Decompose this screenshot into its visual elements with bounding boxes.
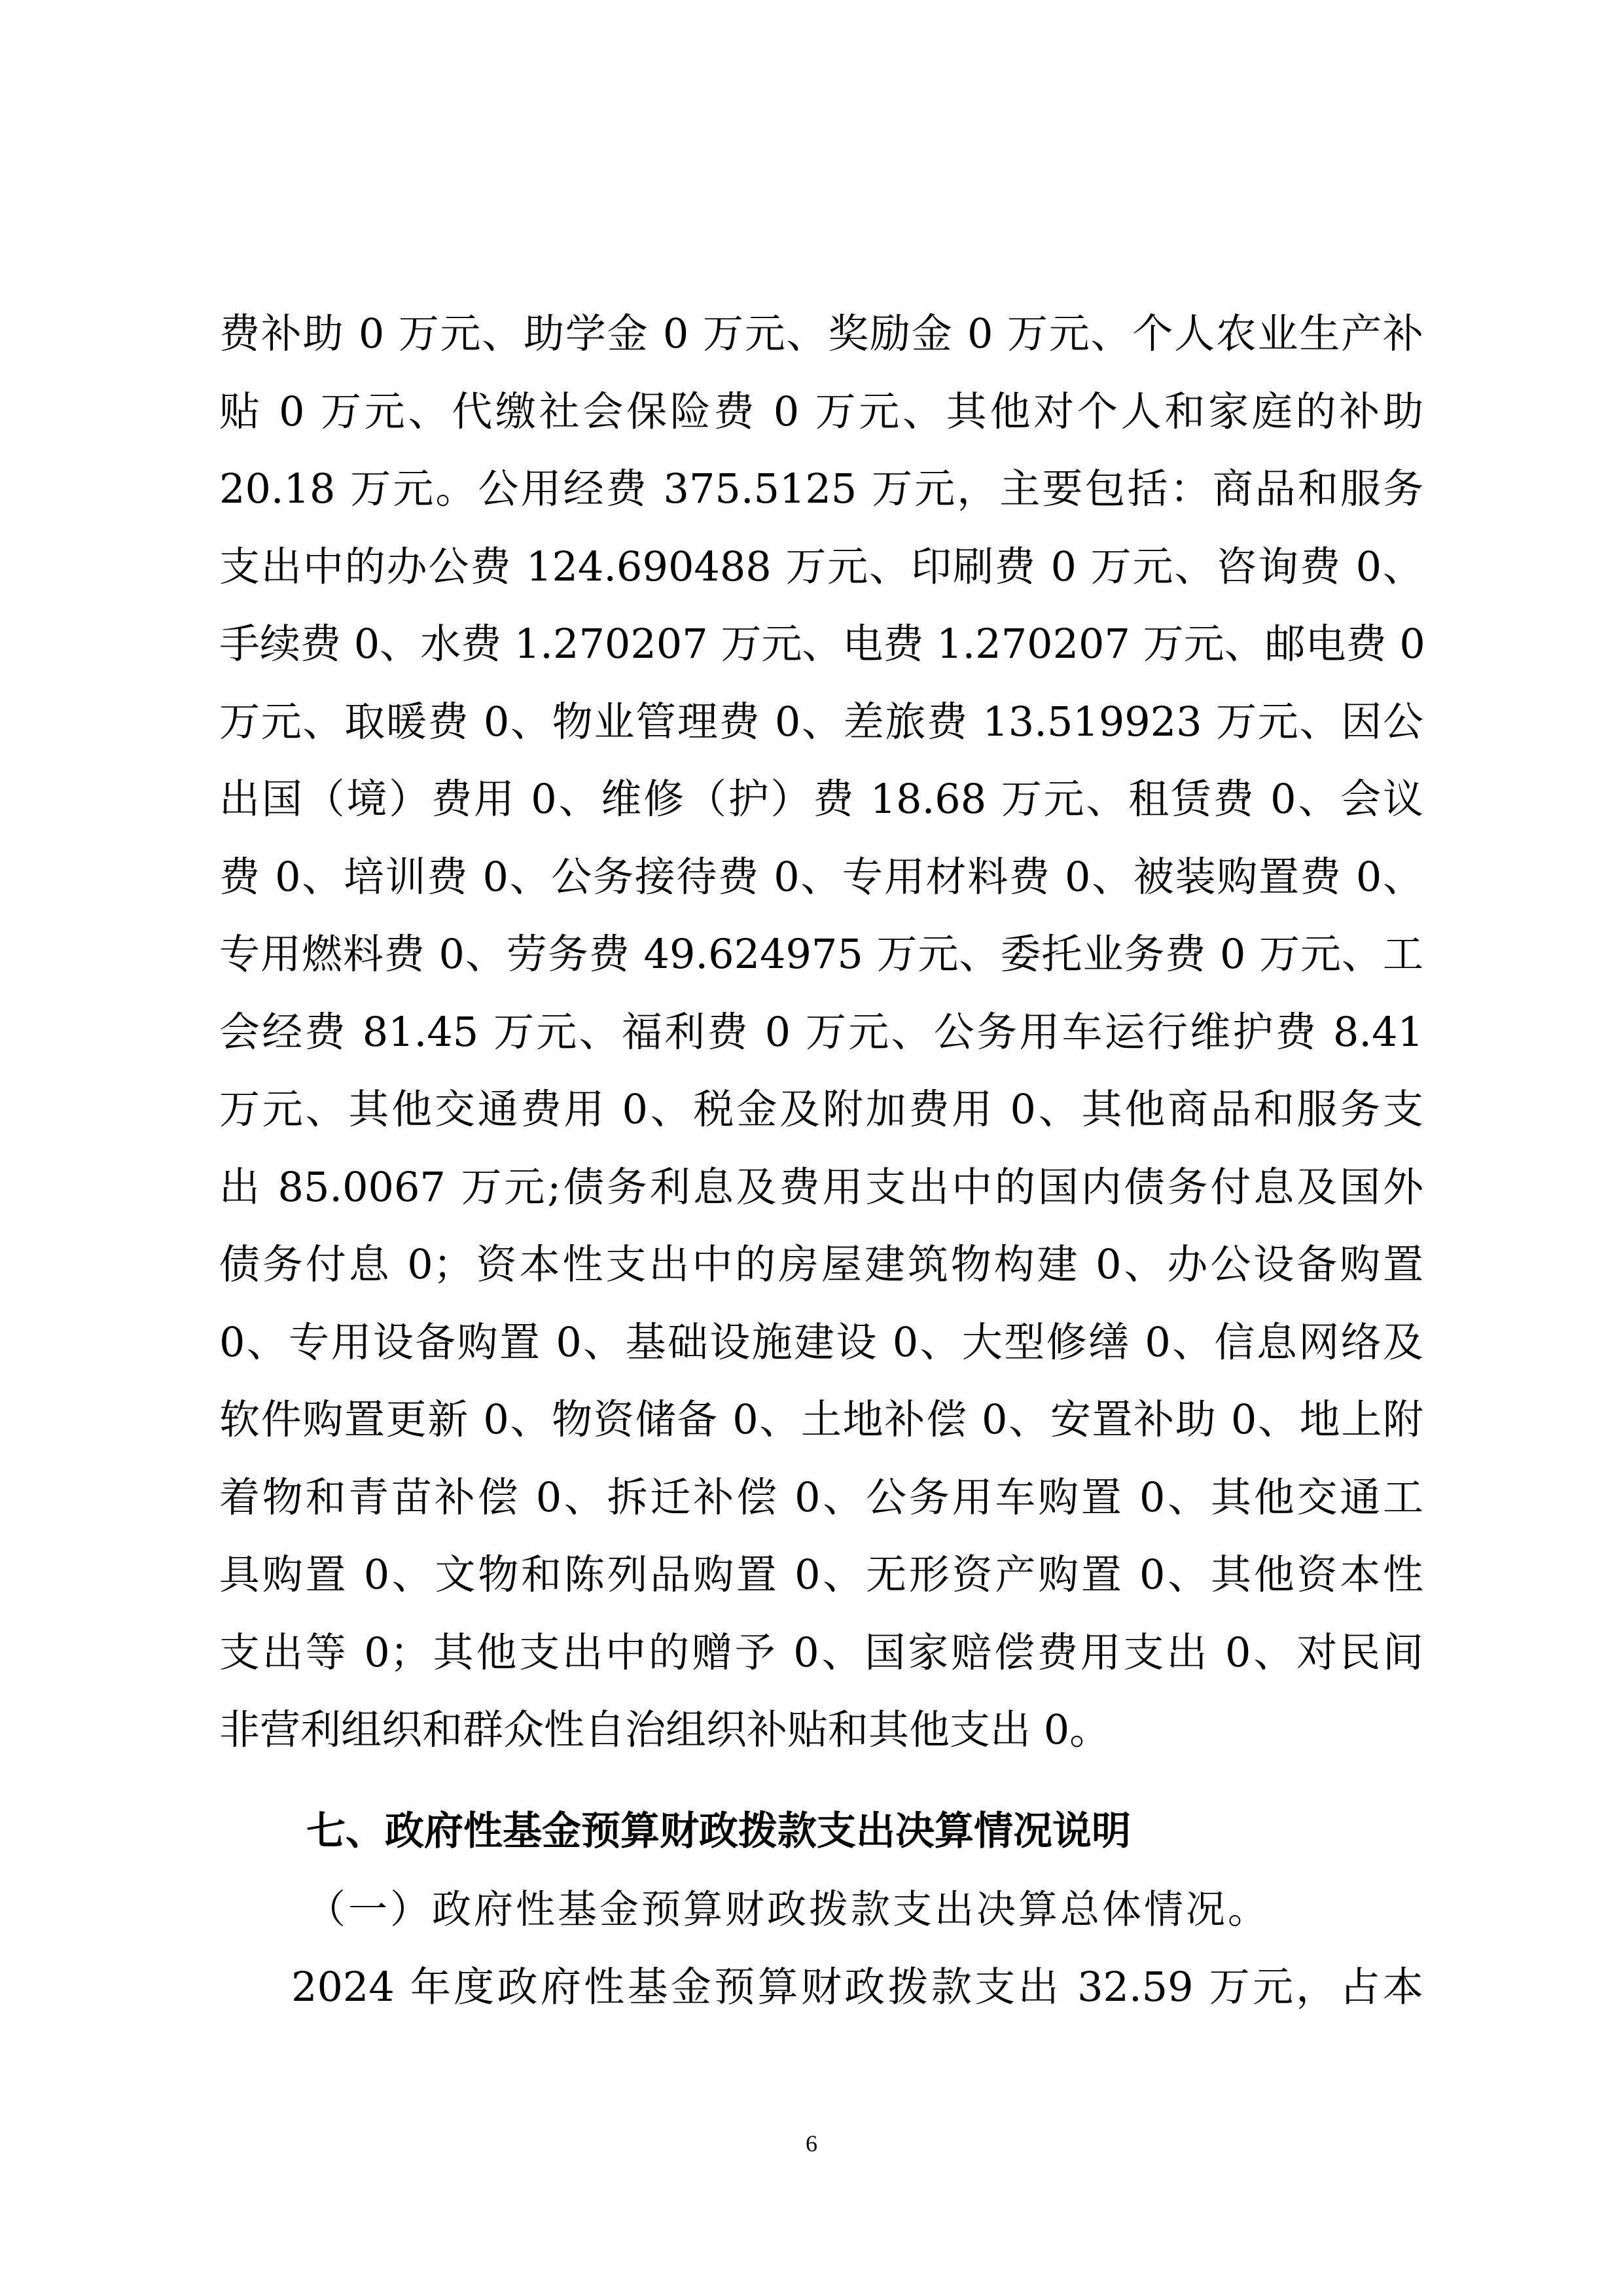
body-line-4: 支出中的办公费 124.690488 万元、印刷费 0 万元、咨询费 0、 — [219, 541, 1423, 593]
body-line-18: 支出等 0；其他支出中的赠予 0、国家赔偿费用支出 0、对民间 — [219, 1626, 1423, 1679]
body-line-7: 出国（境）费用 0、维修（护）费 18.68 万元、租赁费 0、会议 — [219, 773, 1423, 825]
body-line-17: 具购置 0、文物和陈列品购置 0、无形资产购置 0、其他资本性 — [219, 1549, 1423, 1601]
body-line-2: 贴 0 万元、代缴社会保险费 0 万元、其他对个人和家庭的补助 — [219, 386, 1423, 438]
body-line-10: 会经费 81.45 万元、福利费 0 万元、公务用车运行维护费 8.41 — [219, 1006, 1423, 1058]
subsection-heading: （一）政府性基金预算财政拨款支出决算总体情况。 — [306, 1884, 1270, 1936]
body-line-11: 万元、其他交通费用 0、税金及附加费用 0、其他商品和服务支 — [219, 1083, 1423, 1136]
body-line-19: 非营利组织和群众性自治组织补贴和其他支出 0。 — [219, 1704, 1423, 1756]
body-line-12: 出 85.0067 万元;债务利息及费用支出中的国内债务付息及国外 — [219, 1161, 1423, 1213]
body-line-8: 费 0、培训费 0、公务接待费 0、专用材料费 0、被装购置费 0、 — [219, 851, 1423, 903]
body-line-15: 软件购置更新 0、物资储备 0、土地补偿 0、安置补助 0、地上附 — [219, 1393, 1423, 1446]
paragraph-first-line: 2024 年度政府性基金预算财政拨款支出 32.59 万元，占本 — [291, 1961, 1423, 2013]
body-line-1: 费补助 0 万元、助学金 0 万元、奖励金 0 万元、个人农业生产补 — [219, 308, 1423, 360]
body-line-9: 专用燃料费 0、劳务费 49.624975 万元、委托业务费 0 万元、工 — [219, 928, 1423, 980]
body-line-5: 手续费 0、水费 1.270207 万元、电费 1.270207 万元、邮电费 … — [219, 618, 1423, 670]
body-line-16: 着物和青苗补偿 0、拆迁补偿 0、公务用车购置 0、其他交通工 — [219, 1471, 1423, 1524]
section-heading: 七、政府性基金预算财政拨款支出决算情况说明 — [306, 1805, 1131, 1857]
document-page: 费补助 0 万元、助学金 0 万元、奖励金 0 万元、个人农业生产补 贴 0 万… — [0, 0, 1623, 2296]
body-line-3: 20.18 万元。公用经费 375.5125 万元，主要包括：商品和服务 — [219, 463, 1423, 515]
page-number: 6 — [798, 2127, 825, 2160]
body-line-13: 债务付息 0；资本性支出中的房屋建筑物构建 0、办公设备购置 — [219, 1238, 1423, 1291]
body-line-6: 万元、取暖费 0、物业管理费 0、差旅费 13.519923 万元、因公 — [219, 696, 1423, 748]
body-line-14: 0、专用设备购置 0、基础设施建设 0、大型修缮 0、信息网络及 — [219, 1316, 1423, 1369]
